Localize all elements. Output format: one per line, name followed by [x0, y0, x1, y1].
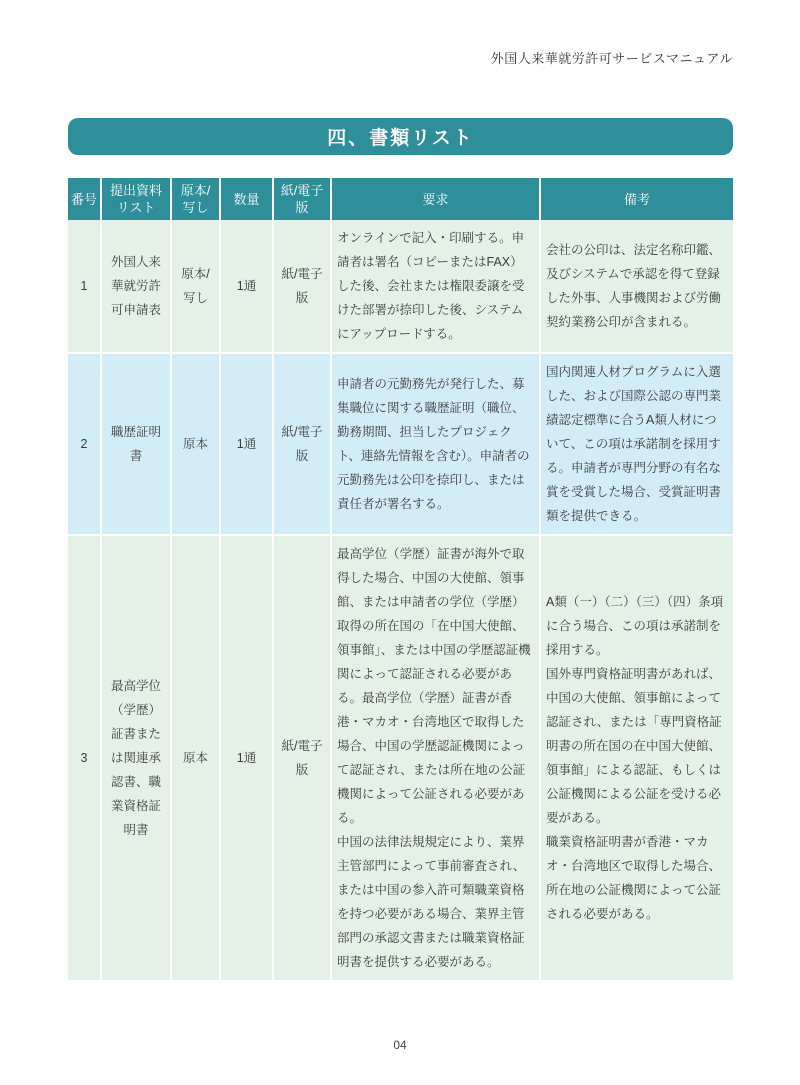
- col-header-original-copy: 原本/写し: [171, 178, 220, 220]
- col-header-number: 番号: [68, 178, 101, 220]
- cell-quantity: 1通: [220, 353, 273, 535]
- table-body: 1 外国人来華就労許可申請表 原本/写し 1通 紙/電子版 オンラインで記入・印…: [68, 220, 733, 981]
- cell-number: 2: [68, 353, 101, 535]
- cell-remarks: 国内関連人材プログラムに入選した、および国際公認の専門業績認定標準に合うA類人材…: [540, 353, 733, 535]
- col-header-format: 紙/電子版: [273, 178, 331, 220]
- col-header-quantity: 数量: [220, 178, 273, 220]
- manual-page: 外国人来華就労許可サービスマニュアル 四、書類リスト 番号 提出資料リスト 原本…: [0, 0, 800, 1085]
- cell-original-copy: 原本: [171, 353, 220, 535]
- manual-title: 外国人来華就労許可サービスマニュアル: [68, 48, 733, 67]
- cell-remarks: A類（一）（二）（三）（四）条項に合う場合、この項は承諾制を採用する。 国外専門…: [540, 535, 733, 981]
- cell-format: 紙/電子版: [273, 353, 331, 535]
- section-title: 四、書類リスト: [327, 123, 474, 150]
- cell-original-copy: 原本/写し: [171, 220, 220, 353]
- cell-number: 3: [68, 535, 101, 981]
- cell-format: 紙/電子版: [273, 220, 331, 353]
- cell-requirement: オンラインで記入・印刷する。申請者は署名（コピーまたはFAX）した後、会社または…: [331, 220, 540, 353]
- cell-quantity: 1通: [220, 220, 273, 353]
- col-header-remarks: 備考: [540, 178, 733, 220]
- cell-document: 職歴証明書: [101, 353, 171, 535]
- cell-requirement: 申請者の元勤務先が発行した、募集職位に関する職歴証明（職位、勤務期間、担当したプ…: [331, 353, 540, 535]
- table-header: 番号 提出資料リスト 原本/写し 数量 紙/電子版 要求 備考: [68, 178, 733, 220]
- table-row: 1 外国人来華就労許可申請表 原本/写し 1通 紙/電子版 オンラインで記入・印…: [68, 220, 733, 353]
- col-header-document-list: 提出資料リスト: [101, 178, 171, 220]
- header-row: 番号 提出資料リスト 原本/写し 数量 紙/電子版 要求 備考: [68, 178, 733, 220]
- cell-document: 最高学位（学歴）証書または関連承認書、職業資格証明書: [101, 535, 171, 981]
- table-row: 3 最高学位（学歴）証書または関連承認書、職業資格証明書 原本 1通 紙/電子版…: [68, 535, 733, 981]
- cell-requirement: 最高学位（学歴）証書が海外で取得した場合、中国の大使館、領事館、または申請者の学…: [331, 535, 540, 981]
- cell-document: 外国人来華就労許可申請表: [101, 220, 171, 353]
- cell-number: 1: [68, 220, 101, 353]
- cell-original-copy: 原本: [171, 535, 220, 981]
- section-title-banner: 四、書類リスト: [68, 118, 733, 155]
- col-header-requirement: 要求: [331, 178, 540, 220]
- cell-quantity: 1通: [220, 535, 273, 981]
- cell-remarks: 会社の公印は、法定名称印鑑、及びシステムで承認を得て登録した外事、人事機関および…: [540, 220, 733, 353]
- page-number: 04: [0, 1038, 800, 1052]
- cell-format: 紙/電子版: [273, 535, 331, 981]
- documents-table: 番号 提出資料リスト 原本/写し 数量 紙/電子版 要求 備考 1 外国人来華就…: [68, 178, 733, 982]
- table-row: 2 職歴証明書 原本 1通 紙/電子版 申請者の元勤務先が発行した、募集職位に関…: [68, 353, 733, 535]
